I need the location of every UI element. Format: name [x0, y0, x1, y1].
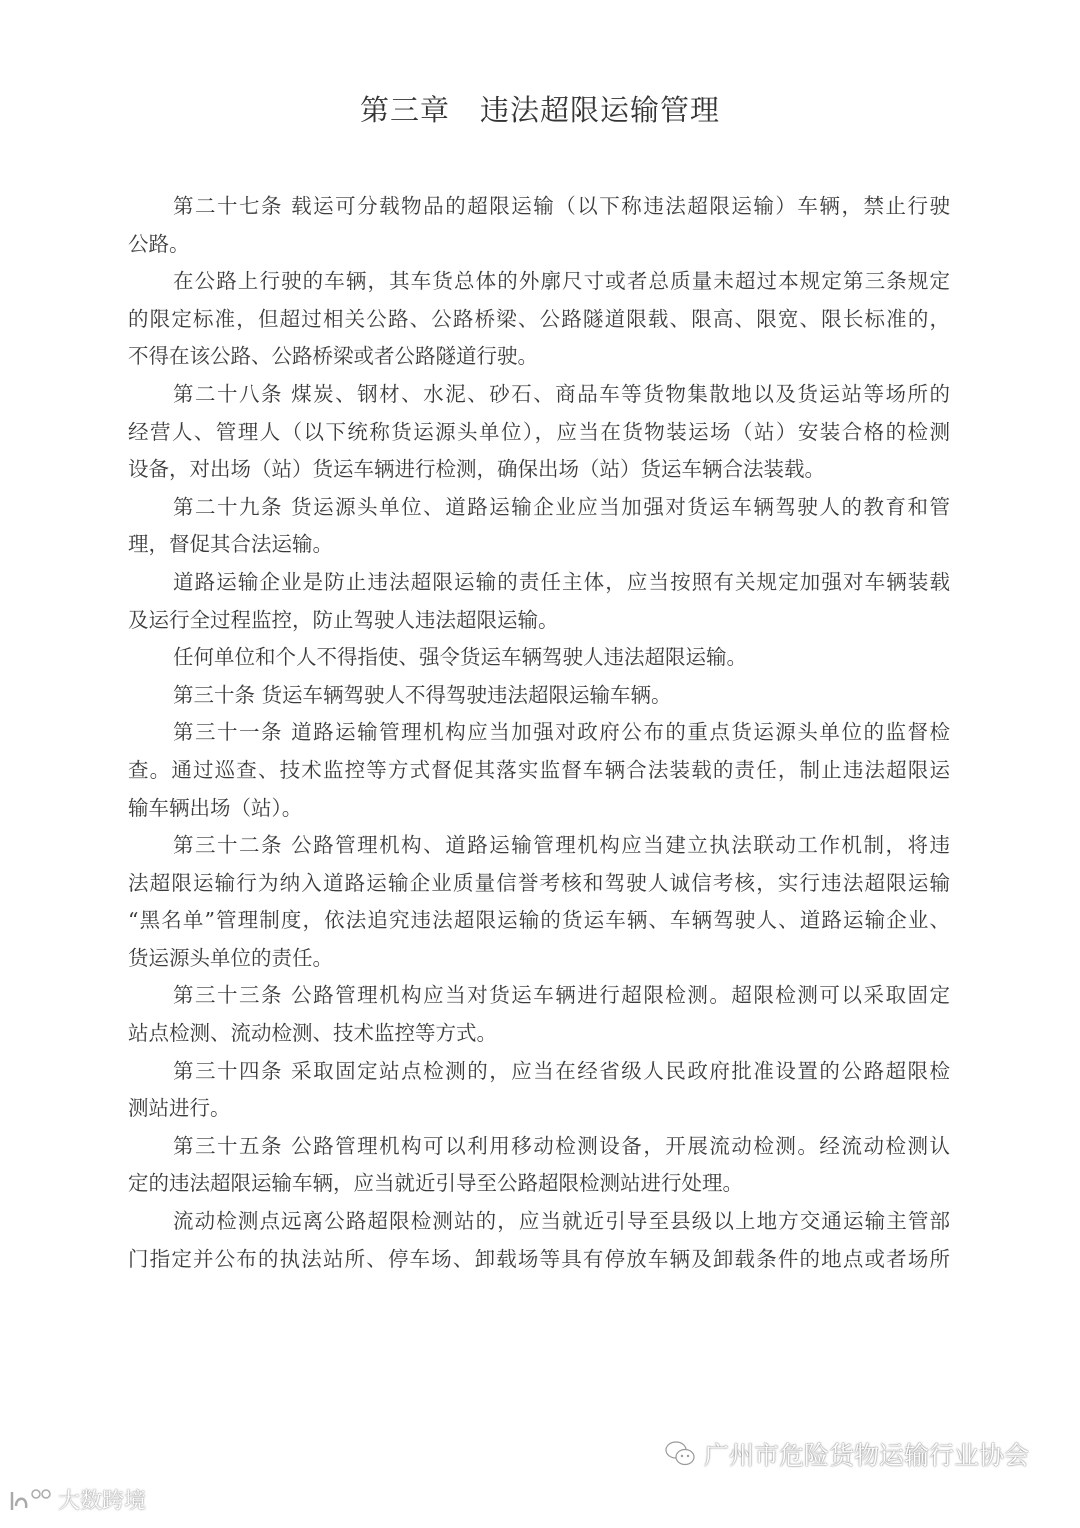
- wechat-icon: [664, 1439, 698, 1469]
- watermark-logo-text: 大数跨境: [58, 1484, 146, 1515]
- text-line: 第三十五条 公路管理机构可以利用移动检测设备，开展流动检测。经流动检测认: [128, 1128, 950, 1166]
- text-line: 经营人、管理人（以下统称货运源头单位），应当在货物装运场（站）安装合格的检测: [128, 414, 950, 452]
- text-line: 不得在该公路、公路桥梁或者公路隧道行驶。: [128, 338, 950, 376]
- watermark-wechat-account: 广州市危险货物运输行业协会: [664, 1436, 1029, 1472]
- text-line: 及运行全过程监控，防止驾驶人违法超限运输。: [128, 602, 950, 640]
- text-line: 法超限运输行为纳入道路运输企业质量信誉考核和驾驶人诚信考核，实行违法超限运输: [128, 865, 950, 903]
- text-line: 第三十四条 采取固定站点检测的，应当在经省级人民政府批准设置的公路超限检: [128, 1053, 950, 1091]
- text-line: 第三十条 货运车辆驾驶人不得驾驶违法超限运输车辆。: [128, 677, 950, 715]
- text-line: 测站进行。: [128, 1090, 950, 1128]
- watermark-logo: 大数跨境: [6, 1484, 146, 1515]
- text-line: 任何单位和个人不得指使、强令货运车辆驾驶人违法超限运输。: [128, 639, 950, 677]
- text-line: 第三十二条 公路管理机构、道路运输管理机构应当建立执法联动工作机制，将违: [128, 827, 950, 865]
- text-line: 定的违法超限运输车辆，应当就近引导至公路超限检测站进行处理。: [128, 1165, 950, 1203]
- text-line: “黑名单”管理制度，依法追究违法超限运输的货运车辆、车辆驾驶人、道路运输企业、: [128, 902, 950, 940]
- text-line: 门指定并公布的执法站所、停车场、卸载场等具有停放车辆及卸载条件的地点或者场所: [128, 1241, 950, 1279]
- chapter-title: 第三章 违法超限运输管理: [0, 88, 1080, 129]
- text-line: 第三十一条 道路运输管理机构应当加强对政府公布的重点货运源头单位的监督检: [128, 714, 950, 752]
- text-line: 货运源头单位的责任。: [128, 940, 950, 978]
- document-body: 第二十七条 载运可分载物品的超限运输（以下称违法超限运输）车辆，禁止行驶公路。在…: [128, 188, 950, 1278]
- text-line: 设备，对出场（站）货运车辆进行检测，确保出场（站）货运车辆合法装载。: [128, 451, 950, 489]
- text-line: 第二十九条 货运源头单位、道路运输企业应当加强对货运车辆驾驶人的教育和管: [128, 489, 950, 527]
- text-line: 的限定标准，但超过相关公路、公路桥梁、公路隧道限载、限高、限宽、限长标准的，: [128, 301, 950, 339]
- text-line: 公路。: [128, 226, 950, 264]
- text-line: 输车辆出场（站）。: [128, 790, 950, 828]
- text-line: 查。通过巡查、技术监控等方式督促其落实监督车辆合法装载的责任，制止违法超限运: [128, 752, 950, 790]
- text-line: 在公路上行驶的车辆，其车货总体的外廓尺寸或者总质量未超过本规定第三条规定: [128, 263, 950, 301]
- text-line: 流动检测点远离公路超限检测站的，应当就近引导至县级以上地方交通运输主管部: [128, 1203, 950, 1241]
- text-line: 第二十七条 载运可分载物品的超限运输（以下称违法超限运输）车辆，禁止行驶: [128, 188, 950, 226]
- text-line: 道路运输企业是防止违法超限运输的责任主体，应当按照有关规定加强对车辆装载: [128, 564, 950, 602]
- text-line: 第二十八条 煤炭、钢材、水泥、砂石、商品车等货物集散地以及货运站等场所的: [128, 376, 950, 414]
- text-line: 理，督促其合法运输。: [128, 526, 950, 564]
- text-line: 第三十三条 公路管理机构应当对货运车辆进行超限检测。超限检测可以采取固定: [128, 977, 950, 1015]
- watermark-wechat-text: 广州市危险货物运输行业协会: [704, 1436, 1029, 1472]
- logo-icon: [6, 1486, 54, 1514]
- text-line: 站点检测、流动检测、技术监控等方式。: [128, 1015, 950, 1053]
